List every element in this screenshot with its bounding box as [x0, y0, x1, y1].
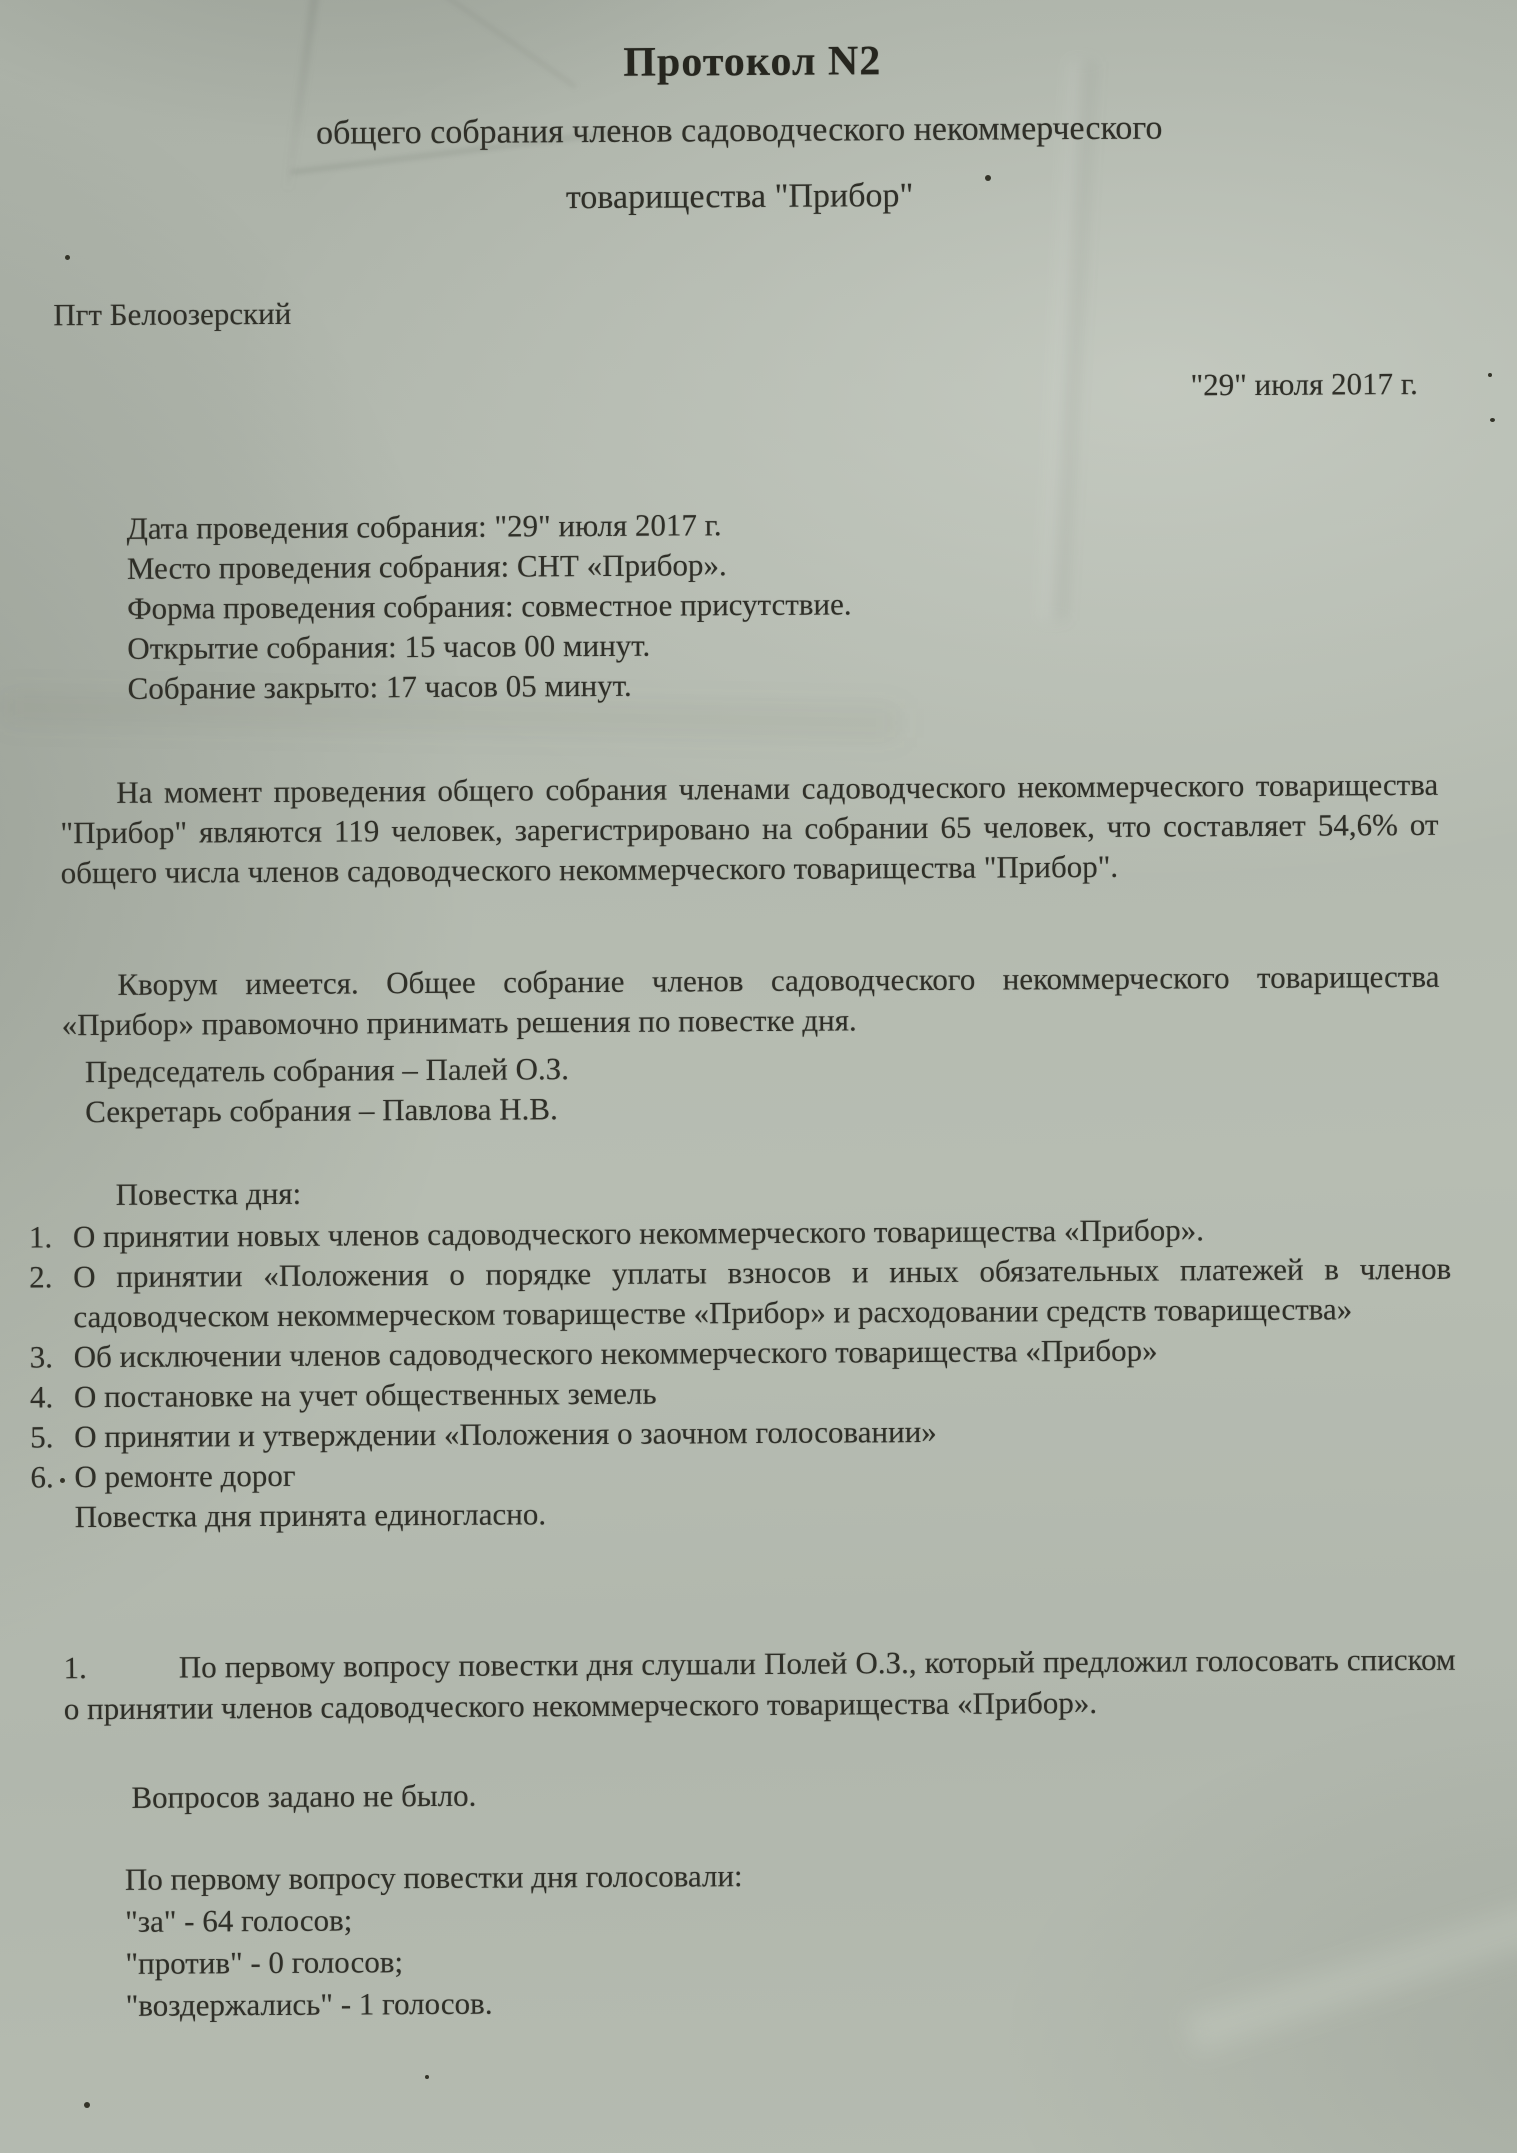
document-title: Протокол N2 — [0, 33, 1511, 90]
quorum-paragraph: Кворум имеется. Общее собрание членов са… — [61, 957, 1439, 1045]
detail-date-line: Дата проведения собрания: "29" июля 2017… — [127, 504, 852, 548]
secretary-line: Секретарь собрания – Павлова Н.В. — [85, 1089, 569, 1132]
document-subtitle-line1: общего собрания членов садоводческого не… — [0, 108, 1484, 155]
document-subtitle-line2: товарищества "Прибор" — [0, 174, 1485, 221]
agenda-adopted-line: Повестка дня принята единогласно. — [75, 1489, 1453, 1537]
agenda-item-6-text: О ремонте дорог — [74, 1458, 295, 1494]
agenda-item-1-text: О принятии новых членов садоводческого н… — [73, 1212, 1204, 1254]
vote-abstained-line: "воздержались" - 1 голосов. — [126, 1981, 744, 2027]
agenda-list: 1.О принятии новых членов садоводческого… — [73, 1209, 1453, 1537]
voting-results: По первому вопросу повестки дня голосова… — [125, 1855, 744, 2027]
agenda-item-5-number: 5. — [30, 1417, 53, 1457]
detail-open-line: Открытие собрания: 15 часов 00 минут. — [127, 624, 852, 668]
detail-close-line: Собрание закрыто: 17 часов 05 минут. — [127, 664, 852, 708]
agenda-item-5-text: О принятии и утверждении «Положения о за… — [74, 1414, 937, 1454]
agenda-item-4-number: 4. — [30, 1377, 53, 1417]
detail-form-line: Форма проведения собрания: совместное пр… — [127, 584, 852, 628]
agenda-item-3-number: 3. — [30, 1337, 53, 1377]
no-questions-line: Вопросов задано не было. — [131, 1778, 476, 1816]
meeting-place: Пгт Белоозерский — [53, 296, 291, 333]
agenda-item-2-number: 2. — [29, 1257, 52, 1297]
members-paragraph: На момент проведения общего собрания чле… — [60, 765, 1439, 893]
document-content: Протокол N2 общего собрания членов садов… — [0, 0, 1517, 2153]
agenda-item-2: 2.О принятии «Положения о порядке уплаты… — [73, 1249, 1451, 1337]
agenda-item-4-text: О постановке на учет общественных земель — [74, 1376, 657, 1415]
agenda-item-6: 6.О ремонте дорог — [74, 1449, 1452, 1497]
meeting-date: "29" июля 2017 г. — [1190, 366, 1417, 403]
agenda-item-1-number: 1. — [29, 1217, 52, 1257]
officials-block: Председатель собрания – Палей О.З. Секре… — [85, 1049, 570, 1132]
chairman-line: Председатель собрания – Палей О.З. — [85, 1049, 569, 1092]
question1-text: По первому вопросу повестки дня слушали … — [64, 1642, 1456, 1727]
agenda-item-6-number: 6. — [30, 1457, 53, 1497]
detail-place-line: Место проведения собрания: СНТ «Прибор». — [127, 544, 852, 588]
meeting-details: Дата проведения собрания: "29" июля 2017… — [127, 504, 853, 708]
agenda-item-2-text: О принятии «Положения о порядке уплаты в… — [73, 1251, 1451, 1334]
vote-against-line: "против" - 0 голосов; — [125, 1939, 743, 1985]
agenda-heading: Повестка дня: — [116, 1176, 302, 1213]
question1-number: 1. — [63, 1650, 86, 1685]
voting-heading: По первому вопросу повестки дня голосова… — [125, 1855, 743, 1901]
document-photo: Протокол N2 общего собрания членов садов… — [0, 0, 1517, 2153]
agenda-item-3-text: Об исключении членов садоводческого неко… — [74, 1333, 1158, 1375]
vote-for-line: "за" - 64 голосов; — [125, 1897, 743, 1943]
question1-paragraph: 1.По первому вопросу повестки дня слушал… — [63, 1639, 1455, 1730]
